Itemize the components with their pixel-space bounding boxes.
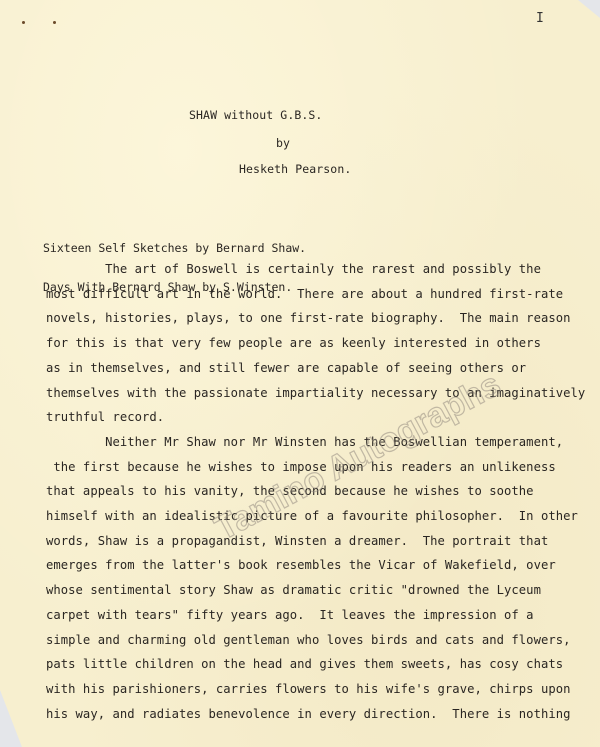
body-line: simple and charming old gentleman who lo…	[46, 633, 571, 647]
body-line: carpet with tears" fifty years ago. It l…	[46, 608, 534, 622]
body-line: with his parishioners, carries flowers t…	[46, 682, 571, 696]
body-line: The art of Boswell is certainly the rare…	[46, 262, 541, 276]
pin-hole-mark	[53, 21, 56, 24]
body-line: for this is that very few people are as …	[46, 336, 541, 350]
body-line: the first because he wishes to impose up…	[46, 460, 556, 474]
body-line: words, Shaw is a propagandist, Winsten a…	[46, 534, 548, 548]
body-line: themselves with the passionate impartial…	[46, 386, 585, 400]
author-name: Hesketh Pearson.	[239, 162, 351, 176]
body-line: whose sentimental story Shaw as dramatic…	[46, 583, 541, 597]
body-line: truthful record.	[46, 410, 164, 424]
body-line: as in themselves, and still fewer are ca…	[46, 361, 526, 375]
body-line: his way, and radiates benevolence in eve…	[46, 707, 571, 721]
body-line: Neither Mr Shaw nor Mr Winsten has the B…	[46, 435, 563, 449]
reference-item: Sixteen Self Sketches by Bernard Shaw.	[43, 242, 306, 255]
body-line: emerges from the latter's book resembles…	[46, 558, 556, 572]
body-line: pats little children on the head and giv…	[46, 657, 563, 671]
typewritten-page: I SHAW without G.B.S. by Hesketh Pearson…	[0, 0, 600, 747]
body-line: most difficult art in the world. There a…	[46, 287, 563, 301]
page-number: I	[536, 11, 544, 26]
body-line: that appeals to his vanity, the second b…	[46, 484, 534, 498]
body-line: novels, histories, plays, to one first-r…	[46, 311, 571, 325]
document-title: SHAW without G.B.S.	[189, 108, 322, 122]
body-line: himself with an idealistic picture of a …	[46, 509, 578, 523]
pin-hole-mark	[22, 21, 25, 24]
byline-by: by	[276, 136, 290, 150]
